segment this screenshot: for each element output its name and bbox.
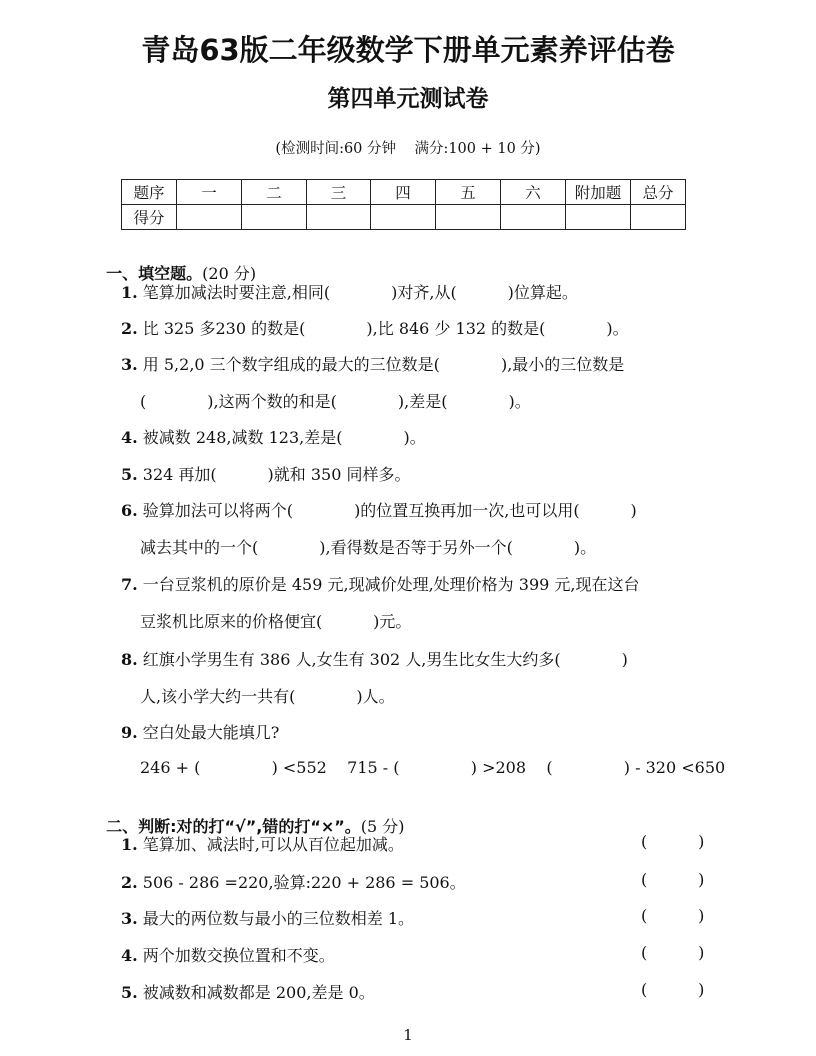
question-line: 3. 用 5,2,0 三个数字组成的最大的三位数是( ),最小的三位数是 [121,352,624,375]
table-cell: 一 [177,180,242,205]
answer-blank: ( ) [641,906,704,925]
page-subtitle: 第四单元测试卷 [0,80,816,113]
question-number: 2. [121,873,138,892]
answer-blank: ( ) [641,943,704,962]
question-text: 减去其中的一个( ),看得数是否等于另外一个( )。 [140,538,596,557]
score-cell [631,205,686,230]
question-number: 6. [121,501,138,520]
question-number: 4. [121,946,138,965]
judge-item: 5. 被减数和减数都是 200,差是 0。 [121,980,375,1003]
table-cell: 三 [307,180,371,205]
question-line: 8. 红旗小学男生有 386 人,女生有 302 人,男生比女生大约多( ) [121,647,628,670]
question-number: 5. [121,465,138,484]
score-cell [242,205,307,230]
question-text: 一台豆浆机的原价是 459 元,现减价处理,处理价格为 399 元,现在这台 [138,575,640,594]
question-number: 7. [121,575,138,594]
judge-item: 4. 两个加数交换位置和不变。 [121,943,335,966]
score-cell [566,205,631,230]
question-text: 506 - 286 =220,验算:220 + 286 = 506。 [138,873,466,892]
inequality-line: 246 + ( ) <552 715 - ( ) >208 ( ) - 320 … [140,758,725,777]
table-cell: 总分 [631,180,686,205]
question-number: 4. [121,428,138,447]
question-line: 7. 一台豆浆机的原价是 459 元,现减价处理,处理价格为 399 元,现在这… [121,572,639,595]
question-text: 用 5,2,0 三个数字组成的最大的三位数是( ),最小的三位数是 [138,355,625,374]
table-cell: 六 [501,180,566,205]
score-table-header-row: 题序 一 二 三 四 五 六 附加题 总分 [122,180,686,205]
question-line: 6. 验算加法可以将两个( )的位置互换再加一次,也可以用( ) [121,498,637,521]
question-text: 人,该小学大约一共有( )人。 [140,687,395,706]
question-number: 3. [121,355,138,374]
question-text: 笔算加、减法时,可以从百位起加减。 [138,835,404,854]
answer-blank: ( ) [641,870,704,889]
score-cell [177,205,242,230]
question-text: 比 325 多230 的数是( ),比 846 少 132 的数是( )。 [138,319,629,338]
question-continuation: ( ),这两个数的和是( ),差是( )。 [140,389,531,412]
question-line: 2. 比 325 多230 的数是( ),比 846 少 132 的数是( )。 [121,316,629,339]
answer-blank: ( ) [641,980,704,999]
exam-meta: (检测时间:60 分钟 满分:100 + 10 分) [0,137,816,158]
question-text: 324 再加( )就和 350 同样多。 [138,465,411,484]
table-cell: 题序 [122,180,177,205]
question-text: 被减数 248,减数 123,差是( )。 [138,428,426,447]
question-continuation: 减去其中的一个( ),看得数是否等于另外一个( )。 [140,535,596,558]
question-text: ( ),这两个数的和是( ),差是( )。 [140,392,531,411]
question-text: 246 + ( ) <552 715 - ( ) >208 ( ) - 320 … [140,758,725,777]
judge-item: 1. 笔算加、减法时,可以从百位起加减。 [121,832,404,855]
table-cell: 四 [371,180,436,205]
question-number: 1. [121,283,138,302]
table-cell: 附加题 [566,180,631,205]
page-title: 青岛63版二年级数学下册单元素养评估卷 [0,28,816,69]
score-table: 题序 一 二 三 四 五 六 附加题 总分 得分 [121,179,686,230]
question-text: 被减数和减数都是 200,差是 0。 [138,983,375,1002]
question-number: 3. [121,909,138,928]
table-cell: 二 [242,180,307,205]
question-text: 豆浆机比原来的价格便宜( )元。 [140,612,411,631]
question-number: 5. [121,983,138,1002]
score-cell [501,205,566,230]
score-cell [436,205,501,230]
question-line: 1. 笔算加减法时要注意,相同( )对齐,从( )位算起。 [121,280,578,303]
question-number: 9. [121,723,138,742]
question-text: 两个加数交换位置和不变。 [138,946,335,965]
score-table-score-row: 得分 [122,205,686,230]
answer-blank: ( ) [641,832,704,851]
question-continuation: 人,该小学大约一共有( )人。 [140,684,395,707]
score-cell [307,205,371,230]
question-text: 空白处最大能填几? [138,723,280,742]
section-heading-true-false: 二、判断:对的打“√”,错的打“×”。(5 分) [95,795,405,837]
page-number: 1 [0,1026,816,1044]
question-text: 笔算加减法时要注意,相同( )对齐,从( )位算起。 [138,283,578,302]
question-text: 红旗小学男生有 386 人,女生有 302 人,男生比女生大约多( ) [138,650,628,669]
question-text: 验算加法可以将两个( )的位置互换再加一次,也可以用( ) [138,501,637,520]
table-cell: 得分 [122,205,177,230]
judge-item: 2. 506 - 286 =220,验算:220 + 286 = 506。 [121,870,466,893]
judge-item: 3. 最大的两位数与最小的三位数相差 1。 [121,906,414,929]
question-line: 4. 被减数 248,减数 123,差是( )。 [121,425,426,448]
question-number: 2. [121,319,138,338]
score-cell [371,205,436,230]
table-cell: 五 [436,180,501,205]
question-text: 最大的两位数与最小的三位数相差 1。 [138,909,414,928]
question-number: 1. [121,835,138,854]
question-line: 9. 空白处最大能填几? [121,720,279,743]
section-heading-fill-blank: 一、填空题。(20 分) [95,242,256,284]
question-number: 8. [121,650,138,669]
question-line: 5. 324 再加( )就和 350 同样多。 [121,462,410,485]
question-continuation: 豆浆机比原来的价格便宜( )元。 [140,609,411,632]
